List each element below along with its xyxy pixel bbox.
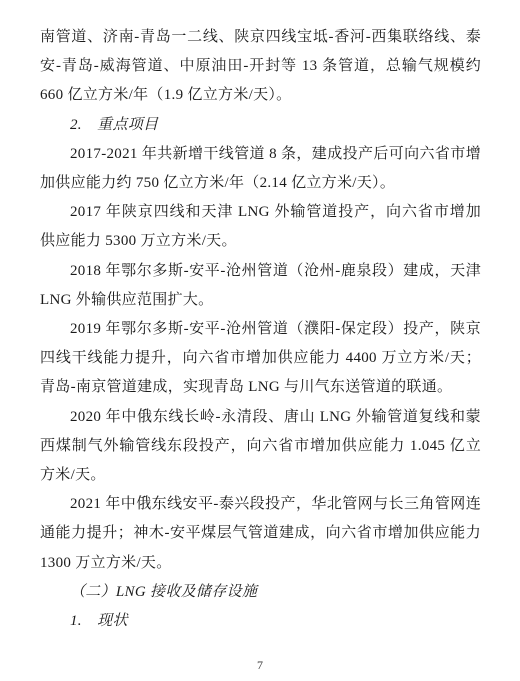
paragraph: 2020 年中俄东线长岭-永清段、唐山 LNG 外输管道复线和蒙西煤制气外输管线… [40, 403, 481, 491]
section-heading: 2. 重点项目 [40, 111, 481, 140]
paragraph: 2019 年鄂尔多斯-安平-沧州管道（濮阳-保定段）投产，陕京四线干线能力提升，… [40, 315, 481, 403]
paragraph: 2021 年中俄东线安平-泰兴段投产，华北管网与长三角管网连通能力提升；神木-安… [40, 490, 481, 578]
paragraph: 2017-2021 年共新增干线管道 8 条，建成投产后可向六省市增加供应能力约… [40, 140, 481, 198]
document-body: 南管道、济南-青岛一二线、陕京四线宝坻-香河-西集联络线、泰安-青岛-威海管道、… [40, 23, 481, 636]
paragraph: 2018 年鄂尔多斯-安平-沧州管道（沧州-鹿泉段）建成，天津 LNG 外输供应… [40, 257, 481, 315]
paragraph: 2017 年陕京四线和天津 LNG 外输管道投产，向六省市增加供应能力 5300… [40, 198, 481, 256]
section-heading: 1. 现状 [40, 607, 481, 636]
paragraph: 南管道、济南-青岛一二线、陕京四线宝坻-香河-西集联络线、泰安-青岛-威海管道、… [40, 23, 481, 111]
section-heading: （二）LNG 接收及储存设施 [40, 578, 481, 607]
document-page: 南管道、济南-青岛一二线、陕京四线宝坻-香河-西集联络线、泰安-青岛-威海管道、… [0, 0, 520, 681]
page-number: 7 [0, 658, 520, 672]
